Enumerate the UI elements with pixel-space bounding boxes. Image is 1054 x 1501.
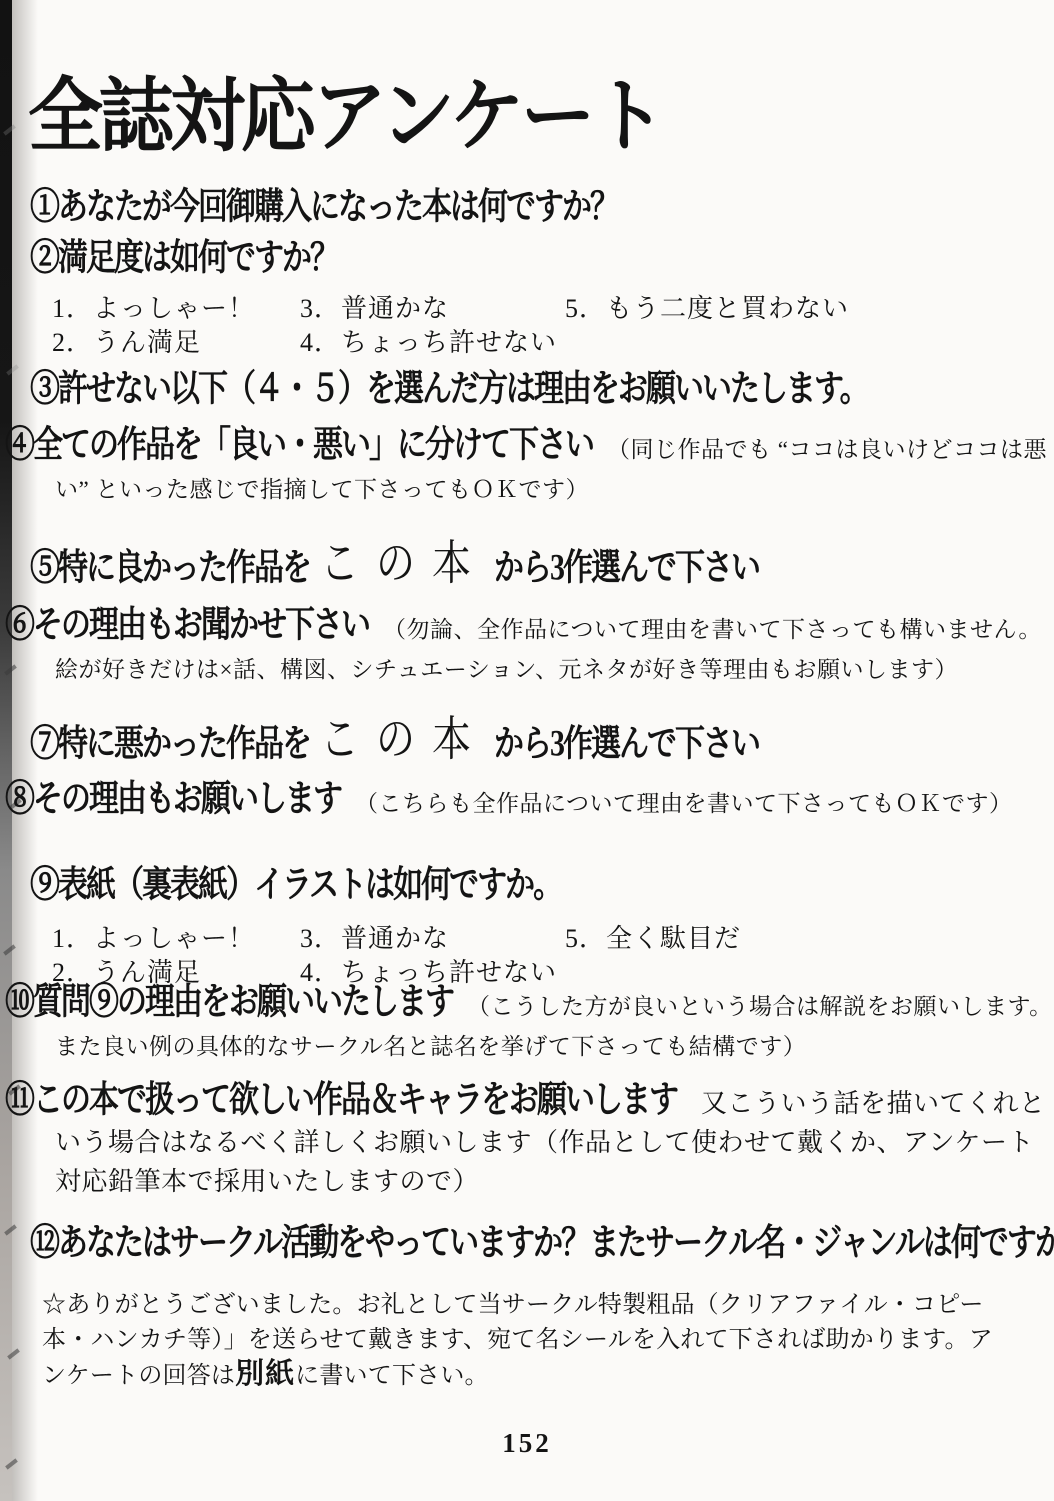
question-2: ②満足度は如何ですか？: [30, 227, 338, 281]
question-4-label: ④全ての作品を「良い・悪い」に分けて下さい: [30, 421, 593, 470]
question-11-label: ⑪この本で扱って欲しい作品＆キャラをお願いします: [30, 1077, 677, 1123]
question-8-label: ⑧その理由もお願いします: [30, 775, 341, 824]
footer-note-emphasis: 別紙: [235, 1358, 295, 1390]
q2-option-4: 4．ちょっち許せない: [300, 322, 557, 359]
question-11: ⑪この本で扱って欲しい作品＆キャラをお願いします又こういう話を描いてくれという場…: [30, 1084, 1053, 1202]
question-10-label: ⑩質問⑨の理由をお願いいたします: [30, 978, 453, 1027]
footer-note-pre: ☆ありがとうございました。お礼として当サークル特製粗品（クリアファイル・コピー本…: [42, 1292, 993, 1389]
question-5: ⑤特に良かった作品をこの本から3作選んで下さい: [30, 526, 759, 594]
question-6: ⑥その理由もお聞かせ下さい（勿論、全作品について理由を書いて下さっても構いません…: [30, 608, 1053, 690]
question-4: ④全ての作品を「良い・悪い」に分けて下さい（同じ作品でも “ココは良いけどココは…: [30, 428, 1053, 510]
question-7-emphasis: この本: [310, 714, 494, 766]
question-5-pre: ⑤特に良かった作品を: [30, 548, 310, 588]
question-12: ⑫あなたはサークル活動をやっていますか？またサークル名・ジャンルは何ですか: [30, 1212, 1054, 1266]
q2-option-3: 3．普通かな: [300, 288, 449, 325]
question-8: ⑧その理由もお願いします（こちらも全作品について理由を書いて下さってもＯＫです）: [30, 782, 1053, 824]
question-10: ⑩質問⑨の理由をお願いいたします（こうした方が良いという場合は解説をお願いします…: [30, 985, 1053, 1067]
q9-option-1: 1．よっしゃー！: [52, 918, 255, 955]
page-title: 全誌対応アンケート: [28, 52, 663, 168]
scanned-questionnaire-page: 全誌対応アンケート ①あなたが今回御購入になった本は何ですか？ ②満足度は如何で…: [0, 0, 1054, 1501]
question-7-pre: ⑦特に悪かった作品を: [30, 724, 310, 764]
footer-note-post: に書いて下さい。: [295, 1363, 489, 1389]
question-9: ⑨表紙（裏表紙）イラストは如何ですか。: [30, 854, 561, 908]
q2-option-1: 1．よっしゃー！: [52, 288, 255, 325]
question-6-label: ⑥その理由もお聞かせ下さい: [30, 601, 369, 650]
question-5-emphasis: この本: [310, 538, 494, 590]
binding-edge: [0, 0, 12, 1501]
question-3: ③許せない以下（４・５）を選んだ方は理由をお願いいたします。: [30, 358, 868, 412]
question-7-post: から3作選んで下さい: [494, 724, 759, 764]
q2-option-2: 2．うん満足: [52, 322, 201, 359]
question-7: ⑦特に悪かった作品をこの本から3作選んで下さい: [30, 702, 759, 770]
page-number: 152: [0, 1428, 1054, 1459]
q2-option-5: 5．もう二度と買わない: [565, 288, 849, 325]
q9-option-3: 3．普通かな: [300, 918, 449, 955]
question-1: ①あなたが今回御購入になった本は何ですか？: [30, 176, 618, 230]
question-5-post: から3作選んで下さい: [494, 548, 759, 588]
footer-note: ☆ありがとうございました。お礼として当サークル特製粗品（クリアファイル・コピー本…: [42, 1288, 996, 1394]
question-8-note: （こちらも全作品について理由を書いて下さってもＯＫです）: [355, 791, 1013, 816]
q9-option-5: 5．全く駄目だ: [565, 918, 741, 955]
